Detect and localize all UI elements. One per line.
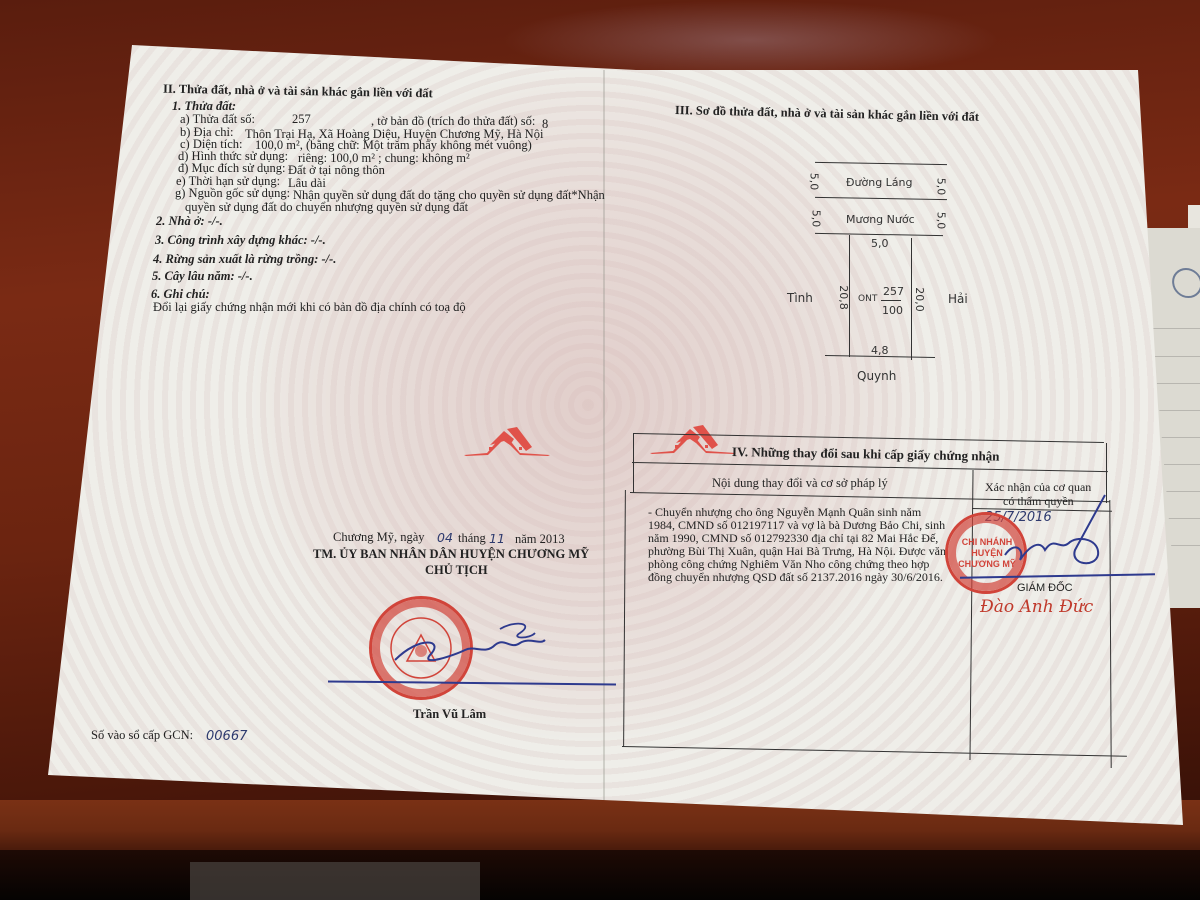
- house-roof-logo-icon: [648, 423, 738, 457]
- change-entry-line: đồng chuyển nhượng QSD đất số 2137.2016 …: [648, 570, 943, 584]
- parcel-top-edge: 5,0: [871, 237, 889, 250]
- confirmation-name: Đào Anh Đức: [980, 597, 1093, 617]
- under-table-shadow: [0, 850, 1200, 900]
- origin-label: g) Nguồn gốc sử dụng:: [175, 186, 290, 200]
- changes-column-header: Nội dung thay đổi và cơ sở pháp lý: [712, 476, 888, 490]
- item6-notes-title: 6. Ghi chú:: [151, 287, 210, 301]
- parcel-number: 257: [883, 285, 904, 298]
- ditch-label: Mương Nước: [846, 213, 915, 226]
- registry-value: 00667: [206, 730, 247, 744]
- parcel-number-value: 257: [292, 112, 311, 126]
- map-sheet-label: , tờ bản đồ (trích đo thửa đất) số:: [371, 114, 535, 128]
- signing-month: 11: [489, 532, 505, 546]
- signing-position: CHỦ TỊCH: [425, 563, 488, 577]
- item5-perennial-trees: 5. Cây lâu năm: -/-.: [152, 269, 253, 283]
- parcel-left-edge: 20,8: [837, 285, 850, 310]
- parcel-bottom-edge: 4,8: [871, 344, 889, 357]
- parcel-area: 100: [882, 304, 903, 317]
- item3-other-construction: 3. Công trình xây dựng khác: -/-.: [155, 233, 326, 247]
- change-entry-line: phường Bùi Thị Xuân, quận Hai Bà Trưng, …: [648, 544, 946, 558]
- area-value: 100,0 m², (bằng chữ: Một trăm phẩy không…: [255, 138, 532, 152]
- signing-year: năm 2013: [515, 532, 565, 546]
- land-type-code: ONT: [858, 294, 877, 304]
- paper-fold-line: [603, 70, 605, 800]
- origin-value-line2: quyền sử dụng đất do chuyển nhượng quyền…: [185, 200, 468, 214]
- signing-month-label: tháng: [458, 531, 486, 545]
- background-seal-icon: [1171, 268, 1200, 298]
- usage-purpose-value: Đất ở tại nông thôn: [288, 163, 385, 177]
- road-width-right: 5,0: [934, 178, 947, 196]
- director-signature: [1000, 490, 1110, 580]
- chairman-name: Trần Vũ Lâm: [413, 707, 486, 721]
- change-entry-line: năm 1990, CMND số 012792330 địa chỉ tại …: [648, 531, 938, 545]
- road-label: Đường Láng: [846, 176, 913, 189]
- item1-title: 1. Thửa đất:: [172, 99, 236, 113]
- confirmation-position: GIÁM ĐỐC: [1017, 581, 1073, 595]
- ditch-width-right: 5,0: [934, 212, 947, 230]
- ditch-width-left: 5,0: [809, 210, 822, 228]
- floor-background: [190, 862, 480, 900]
- usage-purpose-label: đ) Mục đích sử dụng:: [178, 161, 285, 175]
- item2-house: 2. Nhà ở: -/-.: [156, 214, 223, 228]
- registry-label: Số vào sổ cấp GCN:: [91, 728, 193, 742]
- change-entry-line: - Chuyển nhượng cho ông Nguyễn Mạnh Quân…: [648, 505, 921, 519]
- neighbor-bottom: Quynh: [857, 369, 896, 383]
- item6-notes-value: Đổi lại giấy chứng nhận mới khi có bản đ…: [153, 300, 466, 314]
- change-entry-line: 1984, CMND số 012197117 và vợ là bà Dươn…: [648, 518, 945, 532]
- chairman-signature: [390, 615, 560, 675]
- neighbor-left: Tình: [787, 291, 813, 305]
- item4-production-forest: 4. Rừng sản xuất là rừng trồng: -/-.: [153, 252, 336, 266]
- house-roof-logo-icon: [462, 425, 552, 459]
- parcel-number-label: a) Thửa đất số:: [180, 112, 255, 126]
- neighbor-right: Hải: [948, 292, 968, 306]
- signing-authority: TM. ỦY BAN NHÂN DÂN HUYỆN CHƯƠNG MỸ: [313, 547, 589, 561]
- signing-place-label: Chương Mỹ, ngày: [333, 530, 425, 544]
- change-entry-line: phòng công chứng Nghiêm Văn Nho công chứ…: [648, 557, 929, 571]
- parcel-right-edge: 20,0: [913, 287, 926, 312]
- signing-day: 04: [437, 531, 453, 545]
- road-width-left: 5,0: [807, 173, 820, 191]
